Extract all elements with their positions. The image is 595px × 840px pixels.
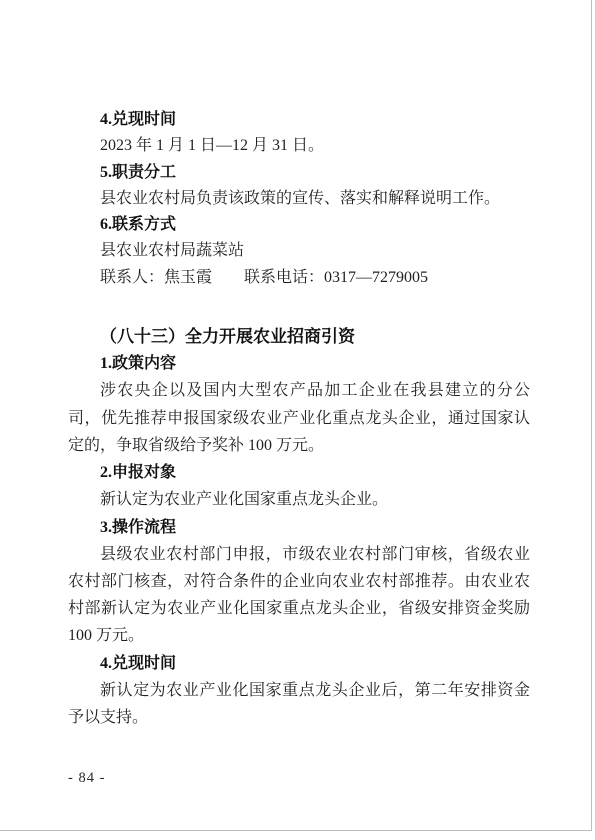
section-83-investment-block: （八十三）全力开展农业招商引资 1.政策内容 涉农央企以及国内大型农产品加工企业… xyxy=(68,323,530,731)
para-policy-content: 涉农央企以及国内大型农产品加工企业在我县建立的分公司，优先推荐申报国家级农业产业… xyxy=(68,377,530,459)
para-duty-division: 县农业农村局负责该政策的宣传、落实和解释说明工作。 xyxy=(68,186,530,212)
document-viewport: 4.兑现时间 2023 年 1 月 1 日—12 月 31 日。 5.职责分工 … xyxy=(0,0,595,840)
para-contact-unit: 县农业农村局蔬菜站 xyxy=(68,238,530,264)
heading-operation-process: 3.操作流程 xyxy=(68,514,530,541)
para-application-target: 新认定为农业产业化国家重点龙头企业。 xyxy=(68,486,530,513)
section-contact-block: 4.兑现时间 2023 年 1 月 1 日—12 月 31 日。 5.职责分工 … xyxy=(68,107,530,291)
para-contact-person-phone: 联系人：焦玉霞 联系电话：0317—7279005 xyxy=(68,265,530,291)
heading-application-target: 2.申报对象 xyxy=(68,459,530,486)
document-page: 4.兑现时间 2023 年 1 月 1 日—12 月 31 日。 5.职责分工 … xyxy=(0,0,592,831)
page-content: 4.兑现时间 2023 年 1 月 1 日—12 月 31 日。 5.职责分工 … xyxy=(68,107,530,731)
heading-contact-method: 6.联系方式 xyxy=(68,212,530,238)
page-number: - 84 - xyxy=(68,770,105,787)
heading-fulfillment-time-b: 4.兑现时间 xyxy=(68,650,530,677)
heading-duty-division: 5.职责分工 xyxy=(68,160,530,186)
section-heading-83: （八十三）全力开展农业招商引资 xyxy=(68,323,530,350)
heading-policy-content: 1.政策内容 xyxy=(68,350,530,377)
para-operation-process: 县级农业农村部门申报，市级农业农村部门审核，省级农业农村部门核查，对符合条件的企… xyxy=(68,541,530,650)
para-fulfillment-support: 新认定为农业产业化国家重点龙头企业后，第二年安排资金予以支持。 xyxy=(68,677,530,731)
para-fulfillment-date: 2023 年 1 月 1 日—12 月 31 日。 xyxy=(68,133,530,159)
heading-fulfillment-time-a: 4.兑现时间 xyxy=(68,107,530,133)
